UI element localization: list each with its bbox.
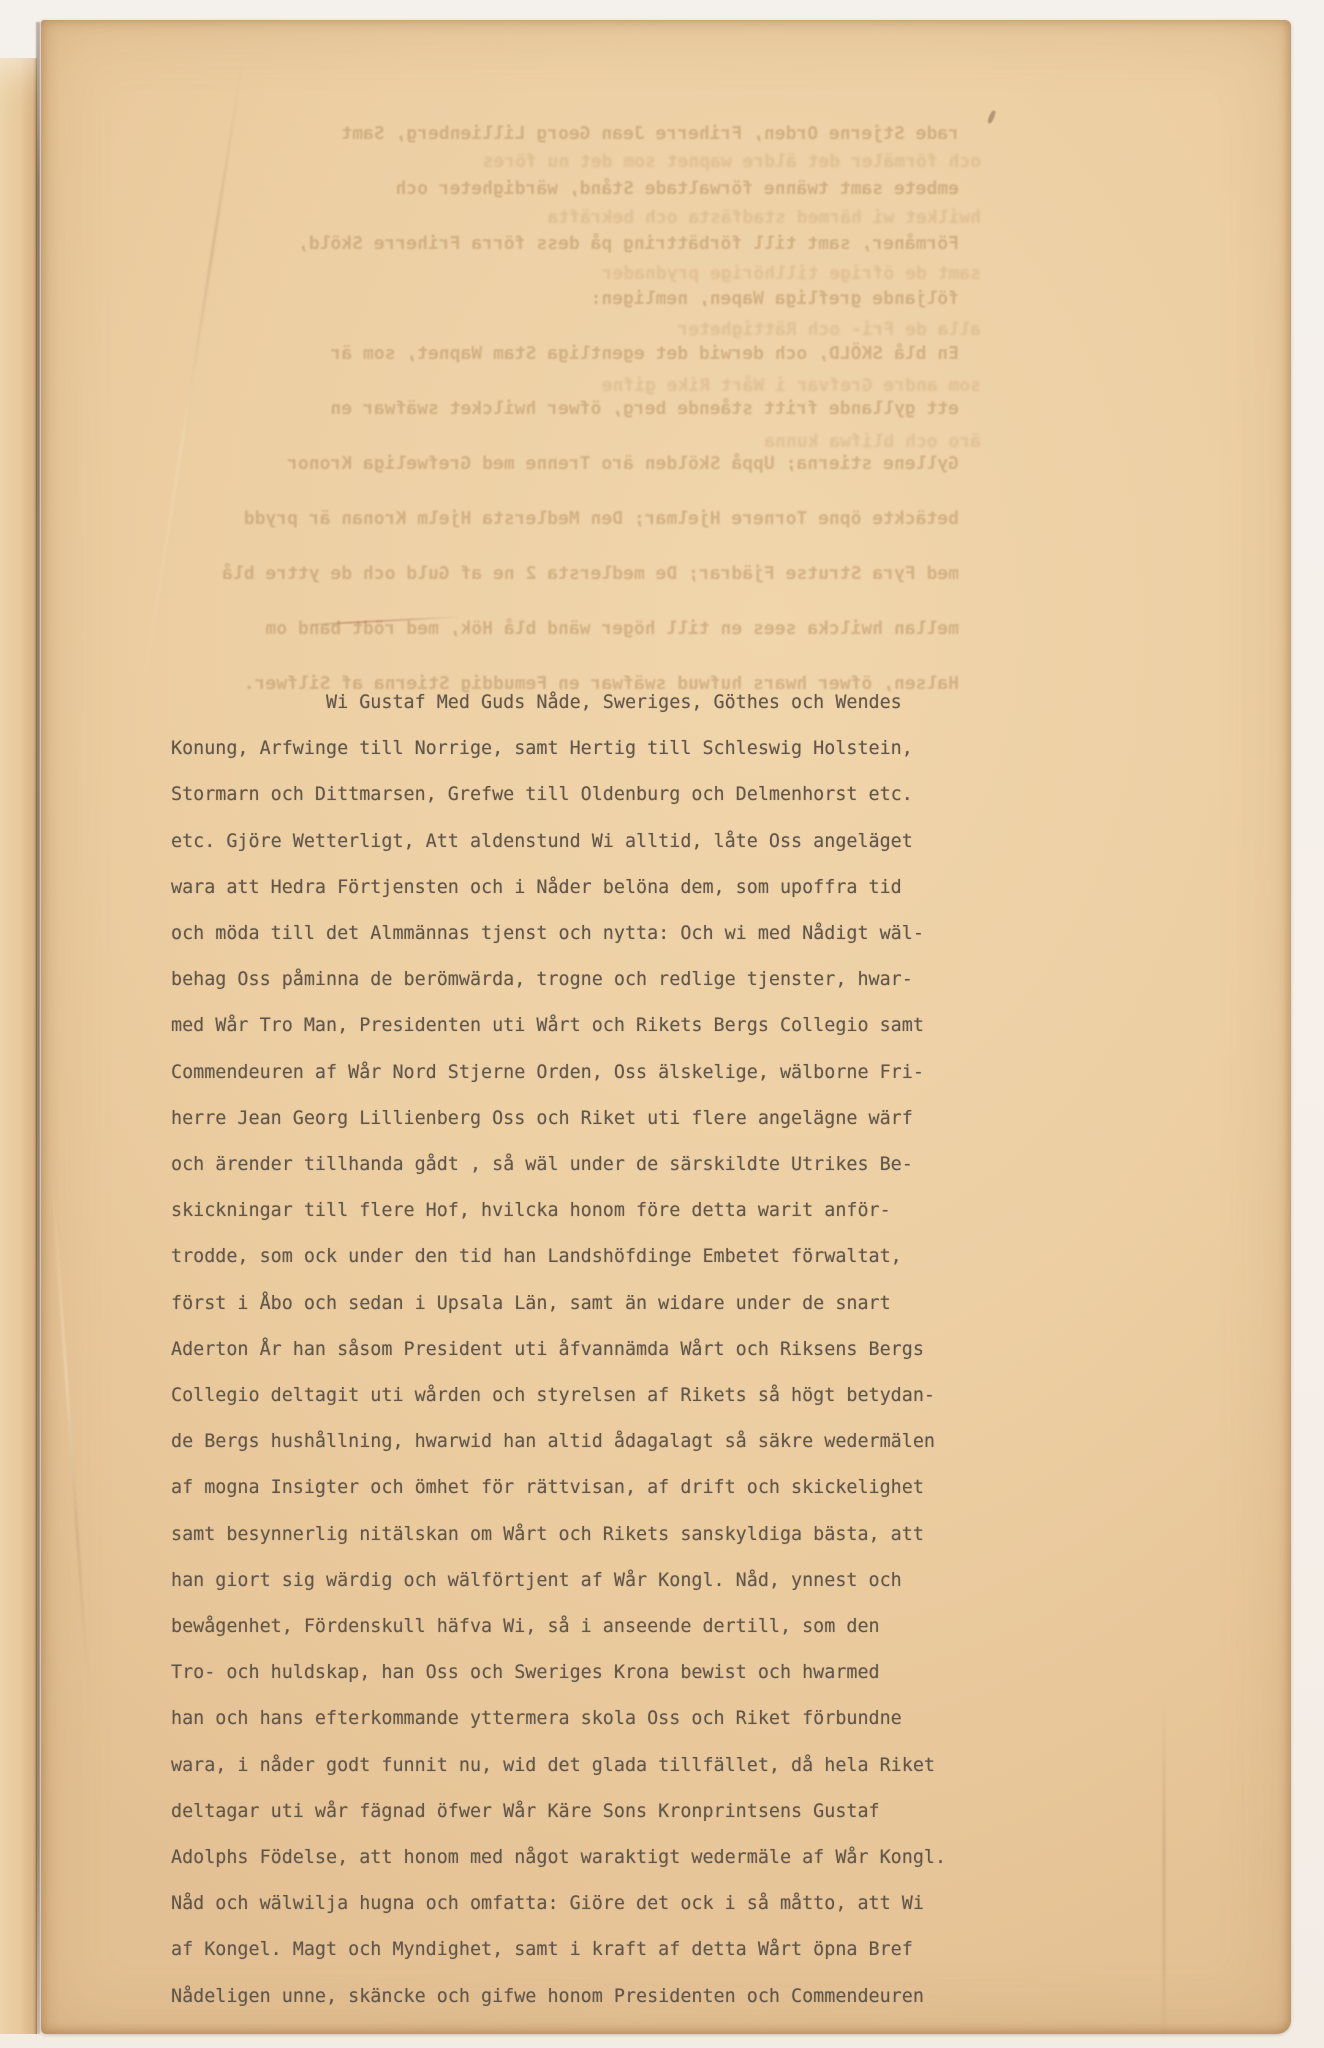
document-page: rade Stjerne Orden, Friherre Jean Georg … (41, 20, 1291, 2034)
scanner-background: rade Stjerne Orden, Friherre Jean Georg … (0, 0, 1324, 2048)
paper-crease-bottomright (1163, 1700, 1165, 2040)
previous-page-edge (0, 58, 37, 2034)
paper-speck (986, 110, 996, 125)
paper-crease-left (51, 1171, 89, 1690)
binding-gutter (36, 22, 40, 2034)
bleedthrough-text-layer2: och förmäler det äldre wapnet som det nu… (181, 134, 981, 470)
typewritten-text: Wi Gustaf Med Guds Nåde, Sweriges, Göthe… (171, 680, 946, 2020)
